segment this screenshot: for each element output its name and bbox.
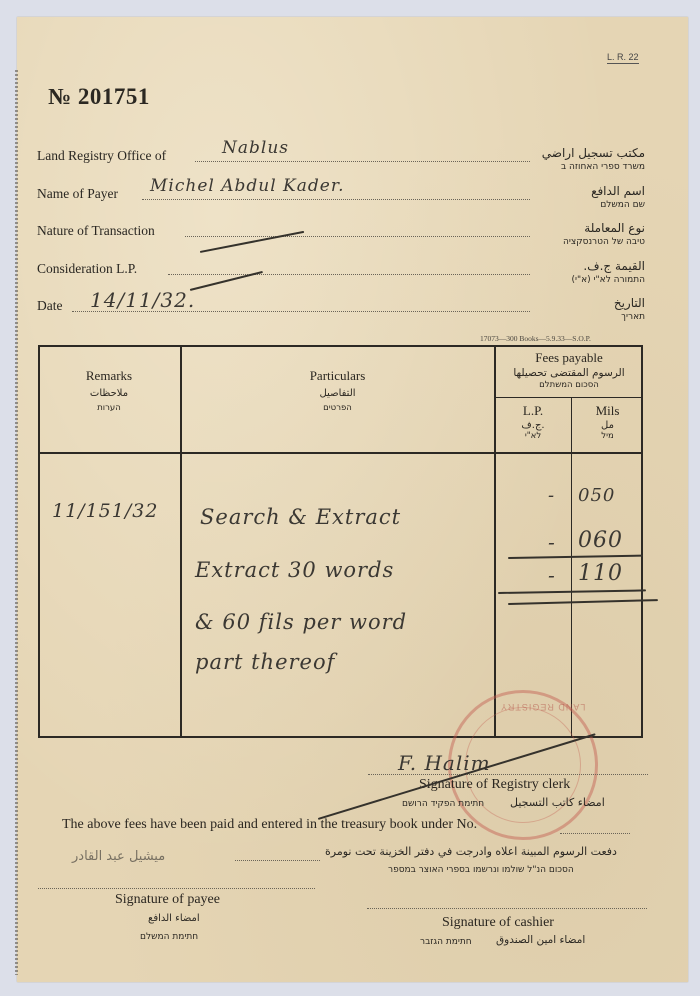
field-line-payer xyxy=(142,199,530,200)
header-remarks-en: Remarks xyxy=(86,368,132,383)
header-particulars-he: הפרטים xyxy=(181,403,494,413)
field-value-date: 14/11/32. xyxy=(90,288,195,312)
header-lp-he: לא"י xyxy=(495,431,571,441)
field-label-transaction: Nature of Transaction xyxy=(37,223,155,239)
row-particulars-3: part thereof xyxy=(195,650,335,674)
form-code: L. R. 22 xyxy=(607,52,639,64)
field-value-payer: Michel Abdul Kader. xyxy=(150,176,345,196)
field-value-office: Nablus xyxy=(222,138,289,158)
treasury-number-line-ar xyxy=(235,860,320,861)
table-header-divider xyxy=(38,452,643,454)
row-mils-1: 060 xyxy=(578,528,623,553)
header-mils-he: מיל xyxy=(572,431,643,441)
row-remarks-0: 11/151/32 xyxy=(52,500,158,522)
number-value: 201751 xyxy=(78,84,150,109)
receipt-number: № 201751 xyxy=(48,84,150,110)
header-lp: L.P. ج.ف. לא"י xyxy=(495,403,571,441)
header-particulars-en: Particulars xyxy=(310,368,366,383)
field-arabic-date: التاريخ xyxy=(614,296,645,310)
header-lp-ar: ج.ف. xyxy=(495,420,571,431)
column-divider-lp-mils xyxy=(571,397,572,738)
field-arabic-payer: اسم الدافع xyxy=(591,184,645,198)
payee-signature-line xyxy=(38,888,315,889)
header-particulars-ar: التفاصيل xyxy=(181,388,494,399)
header-fees-en: Fees payable xyxy=(535,350,603,365)
stamp-text: LAND REGISTRY xyxy=(500,702,585,712)
field-line-consideration xyxy=(168,274,530,275)
field-arabic-office: مكتب تسجيل اراضي xyxy=(542,146,645,160)
field-line-office xyxy=(195,161,530,162)
field-hebrew-transaction: טיבה של הטרנסקציה xyxy=(563,237,645,247)
payment-statement-ar: دفعت الرسوم المبينة اعلاه وادرجت في دفتر… xyxy=(325,845,617,858)
header-mils: Mils مل מיל xyxy=(572,403,643,441)
row-particulars-1: Extract 30 words xyxy=(195,558,394,582)
field-label-date: Date xyxy=(37,298,62,314)
cashier-hebrew: חתימת הגזבר xyxy=(420,937,472,947)
header-remarks-ar: ملاحظات xyxy=(38,388,180,399)
row-mils-0: 050 xyxy=(578,485,615,506)
header-fees: Fees payable الرسوم المقتضى تحصيلها הסכו… xyxy=(495,350,643,390)
header-remarks: Remarks ملاحظات הערות xyxy=(38,368,180,413)
payee-handwritten-arabic: ميشيل عبد القادر xyxy=(72,849,165,864)
payee-label: Signature of payee xyxy=(115,892,220,908)
row-lp-1: - xyxy=(548,530,556,554)
perforated-edge xyxy=(15,70,18,975)
header-fees-he: הסכום המשתלם xyxy=(495,380,643,390)
registry-clerk-arabic: امضاء كاتب التسجيل xyxy=(510,796,605,809)
registry-clerk-hebrew: חתימת הפקיד הרושם xyxy=(402,799,484,809)
field-arabic-transaction: نوع المعاملة xyxy=(584,221,645,235)
number-symbol: № xyxy=(48,84,72,109)
field-arabic-consideration: القيمة ج.ف. xyxy=(583,259,645,273)
field-label-office: Land Registry Office of xyxy=(37,148,166,164)
field-label-consideration: Consideration L.P. xyxy=(37,261,137,277)
field-hebrew-office: משרד ספרי האחוזה ב xyxy=(561,162,645,172)
header-lp-en: L.P. xyxy=(523,403,543,418)
payment-statement-he: הסכום הנ"ל שולמו ונרשמו בספרי האוצר במספ… xyxy=(388,865,574,875)
row-particulars-0: Search & Extract xyxy=(200,505,401,529)
cashier-signature-line xyxy=(367,908,647,909)
header-particulars: Particulars التفاصيل הפרטים xyxy=(181,368,494,413)
fees-subheader-divider xyxy=(494,397,643,398)
payee-arabic: امضاء الدافع xyxy=(148,913,200,924)
field-hebrew-date: תאריך xyxy=(621,312,645,322)
header-fees-ar: الرسوم المقتضى تحصيلها xyxy=(495,367,643,379)
payment-statement-en: The above fees have been paid and entere… xyxy=(62,817,477,833)
field-hebrew-consideration: התמורה לא"י (א"י) xyxy=(571,275,645,285)
treasury-number-line xyxy=(560,833,630,834)
registry-clerk-signature: F. Halim xyxy=(398,751,491,775)
header-remarks-he: הערות xyxy=(38,403,180,413)
field-label-payer: Name of Payer xyxy=(37,186,118,202)
cashier-label: Signature of cashier xyxy=(442,915,554,931)
cashier-arabic: امضاء امين الصندوق xyxy=(496,934,585,946)
total-lp: - xyxy=(548,563,556,587)
field-hebrew-payer: שם המשלם xyxy=(600,200,645,210)
field-line-transaction xyxy=(185,236,530,237)
total-mils: 110 xyxy=(578,561,623,586)
row-lp-0: - xyxy=(548,485,555,506)
header-mils-en: Mils xyxy=(596,403,620,418)
payee-hebrew: חתימת המשלם xyxy=(140,932,198,942)
header-mils-ar: مل xyxy=(572,420,643,431)
print-code: 17073—300 Books—5.9.33—S.O.P. xyxy=(480,334,591,343)
row-particulars-2: & 60 fils per word xyxy=(195,610,407,634)
